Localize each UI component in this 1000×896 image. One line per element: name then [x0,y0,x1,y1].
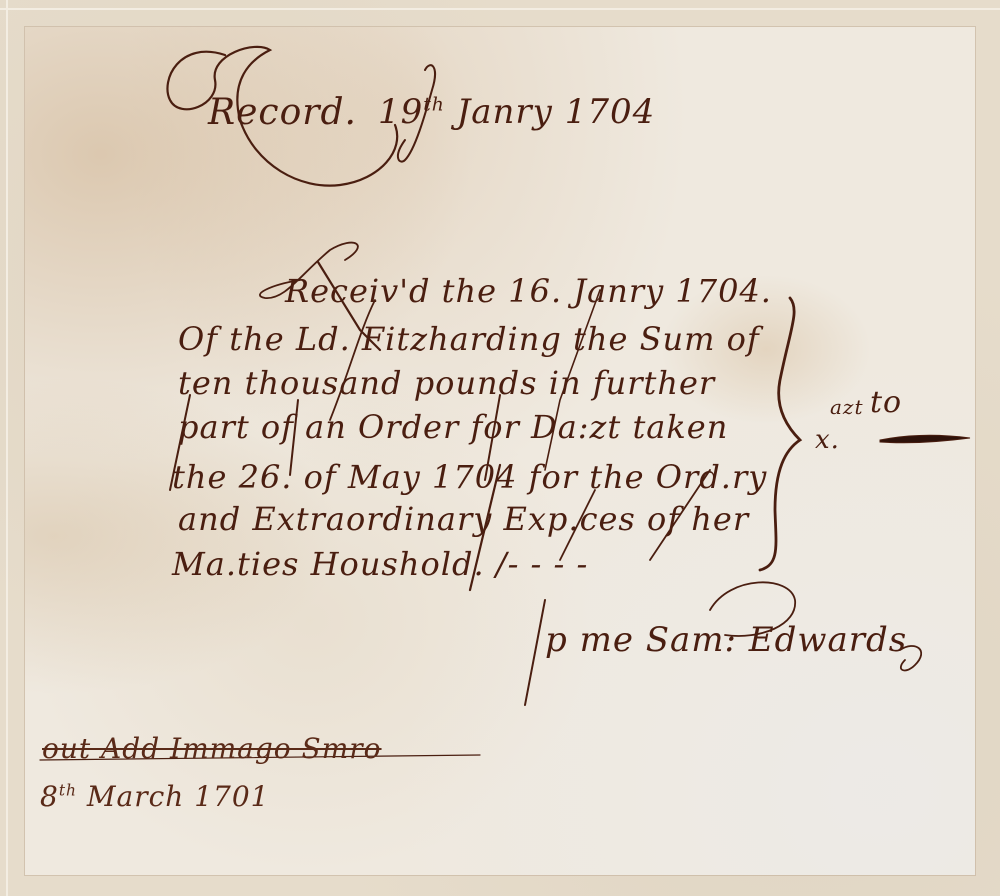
margin-note-top: azt [830,395,864,419]
margin-note-bottom: x. [815,425,840,455]
body-line-5: the 26. of May 1704 for the Ord.ry [172,458,767,496]
header-day: 19 [378,92,423,132]
mount-border-left [6,0,8,896]
header-month: Janry [457,92,553,132]
margin-note-mark: to [870,385,902,420]
header-year: 1704 [565,92,656,132]
body-line-7: Ma.ties Houshold. /- - - - [172,545,588,583]
header-record-word: Record. [208,92,357,133]
footer-day: 8 [40,780,59,813]
header-date: 19th Janry 1704 [378,92,655,132]
signature: p me Sam: Edwards [545,620,907,660]
body-line-6: and Extraordinary Exp.ces of her [178,500,749,538]
body-line-4: part of an Order for Da:zt taken [178,408,728,446]
body-line-2: Of the Ld. Fitzharding the Sum of [178,320,760,358]
footer-day-suffix: th [59,782,77,800]
footer-line-2: 8th March 1701 [40,780,269,813]
mount-border-top [0,8,1000,10]
body-line-1: Receiv'd the 16. Janry 1704. [285,272,772,310]
body-line-3: ten thousand pounds in further [178,364,715,402]
header-day-suffix: th [423,95,445,116]
footer-line-1: out Add Immago Smro [42,732,382,765]
footer-date-rest: March 1701 [87,780,270,813]
